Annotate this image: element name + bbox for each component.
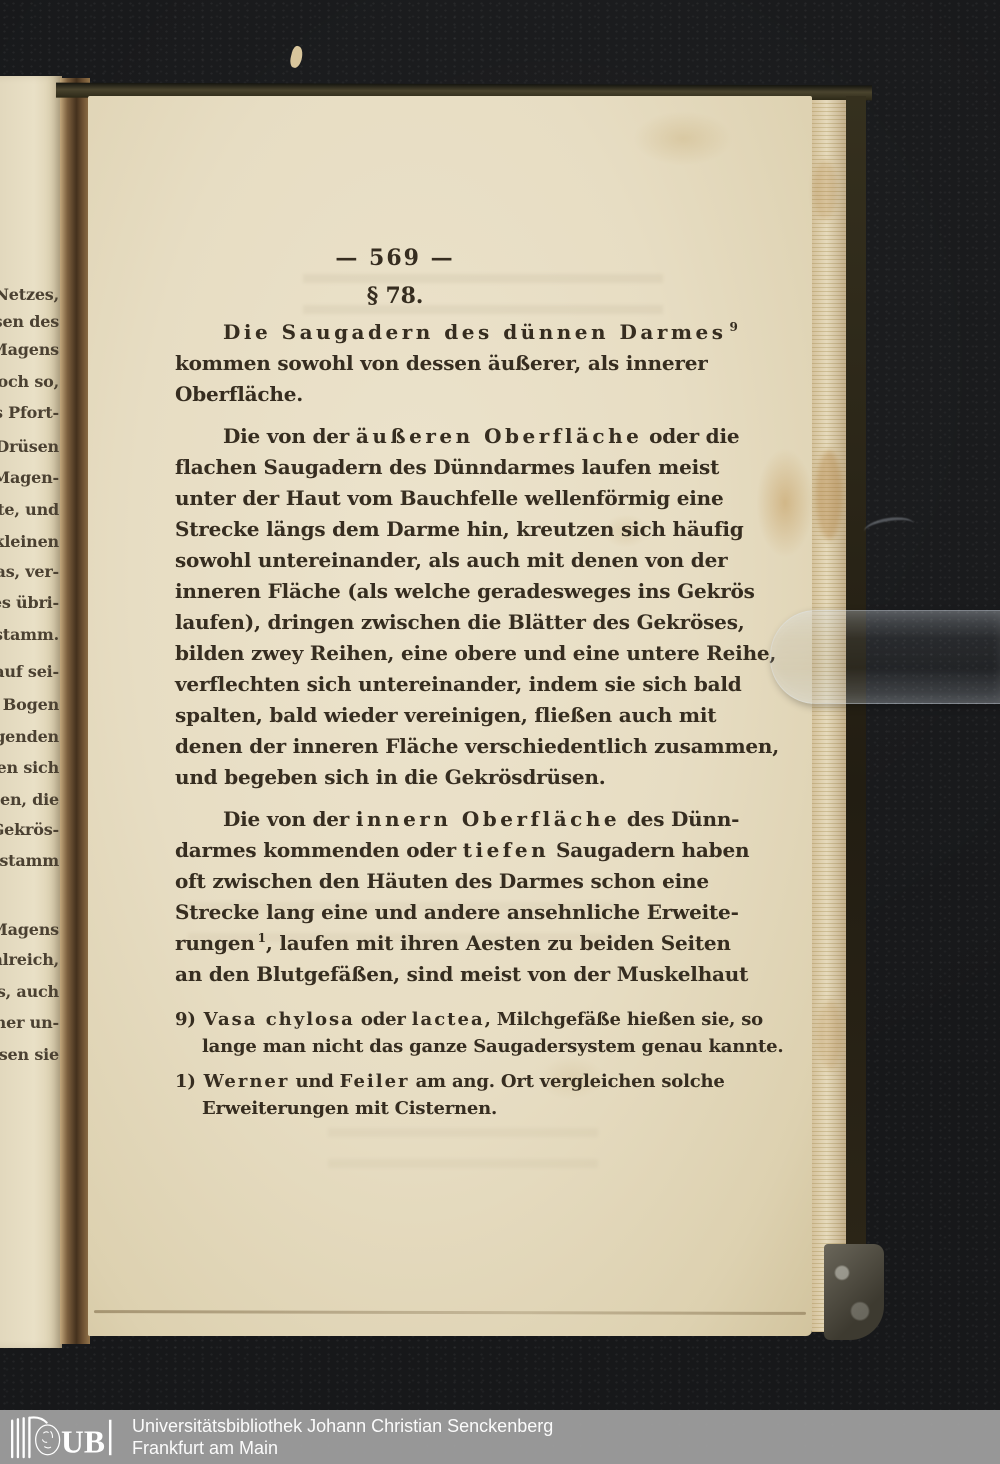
leather-scratch	[863, 514, 915, 541]
fragment-line: ziehen sich	[0, 758, 59, 777]
book-gutter-fold	[60, 78, 90, 1344]
ub-logo: UB	[6, 1414, 118, 1460]
page-text-block: — 569 — § 78. Die Saugadern des dünnen D…	[175, 96, 675, 1122]
book-page: — 569 — § 78. Die Saugadern des dünnen D…	[88, 96, 812, 1336]
fragment-line: reas, ver-	[0, 562, 59, 581]
footnotes: 9)Vasa chylosa oder lactea, Milchgefäße …	[175, 1006, 675, 1122]
page-edges-stack	[812, 100, 848, 1332]
footnote-marker: 1)	[175, 1071, 196, 1092]
edge-stain	[814, 160, 836, 220]
library-watermark-banner: UB Universitätsbibliothek Johann Christi…	[0, 1410, 1000, 1464]
fragment-line: elstamm.	[0, 625, 59, 644]
fragment-line: des Pfort-	[0, 403, 59, 422]
fragment-line: s Magens	[0, 340, 59, 359]
facing-page-sliver: en Netzes,rüsen dess Magens, doch so,des…	[0, 76, 62, 1348]
fragment-line: en Netzes,	[0, 285, 59, 304]
fragment-line: n Bogen	[0, 695, 59, 714]
edge-stain	[816, 450, 842, 540]
cover-bottom-corner	[824, 1244, 884, 1340]
fox-stain	[756, 448, 814, 558]
fragment-line: nde Drüsen	[0, 437, 59, 456]
logo-separator	[109, 1420, 111, 1455]
fragment-line: üsen, die	[0, 790, 59, 809]
fragment-line: auf sei-	[0, 662, 59, 681]
fragment-line: nes, auch	[0, 982, 59, 1001]
fragment-line: einer un-	[0, 1013, 59, 1032]
fragment-line: am Magen-	[0, 468, 59, 487]
fragment-line: r zahlreich,	[0, 950, 59, 969]
logo-book-lines	[12, 1417, 47, 1457]
edge-stain	[818, 1000, 842, 1070]
paper-speck	[289, 45, 305, 69]
library-city: Frankfurt am Main	[132, 1437, 553, 1459]
body-paragraphs: Die Saugadern des dünnen Darmes9kommen s…	[175, 317, 675, 990]
show-through-text	[328, 1128, 598, 1170]
section-heading: § 78.	[145, 281, 645, 311]
fragment-line: n Gekrös-	[0, 820, 59, 839]
paragraph: Die von der äußeren Oberfläche oder dief…	[175, 421, 675, 793]
fragment-line: liegenden	[0, 727, 59, 746]
fragment-line: , doch so,	[0, 372, 59, 391]
library-name: Universitätsbibliothek Johann Christian …	[132, 1415, 553, 1437]
portrait-icon	[36, 1425, 60, 1455]
footnote: 1)Werner und Feiler am ang. Ort vergleic…	[175, 1068, 675, 1122]
fragment-line: des kleinen	[0, 532, 59, 551]
plastic-strip	[770, 610, 1000, 704]
logo-ub-text: UB	[61, 1424, 105, 1459]
fragment-line: uptstamm	[0, 851, 59, 870]
page-crease	[94, 1310, 806, 1315]
fragment-line: d des übri-	[0, 593, 59, 612]
fragment-line: rüsen des	[0, 312, 59, 331]
photo-scene: en Netzes,rüsen dess Magens, doch so,des…	[0, 0, 1000, 1464]
fragment-line: s Magens	[0, 920, 59, 939]
fragment-line: flechte, und	[0, 500, 59, 519]
paragraph: Die Saugadern des dünnen Darmes9kommen s…	[175, 317, 675, 410]
footnote-marker: 9)	[175, 1009, 196, 1030]
fragment-line: lassen sie	[0, 1045, 59, 1064]
page-number: — 569 —	[145, 243, 645, 273]
footnote: 9)Vasa chylosa oder lactea, Milchgefäße …	[175, 1006, 675, 1060]
paragraph: Die von der innern Oberfläche des Dünn-d…	[175, 804, 675, 990]
